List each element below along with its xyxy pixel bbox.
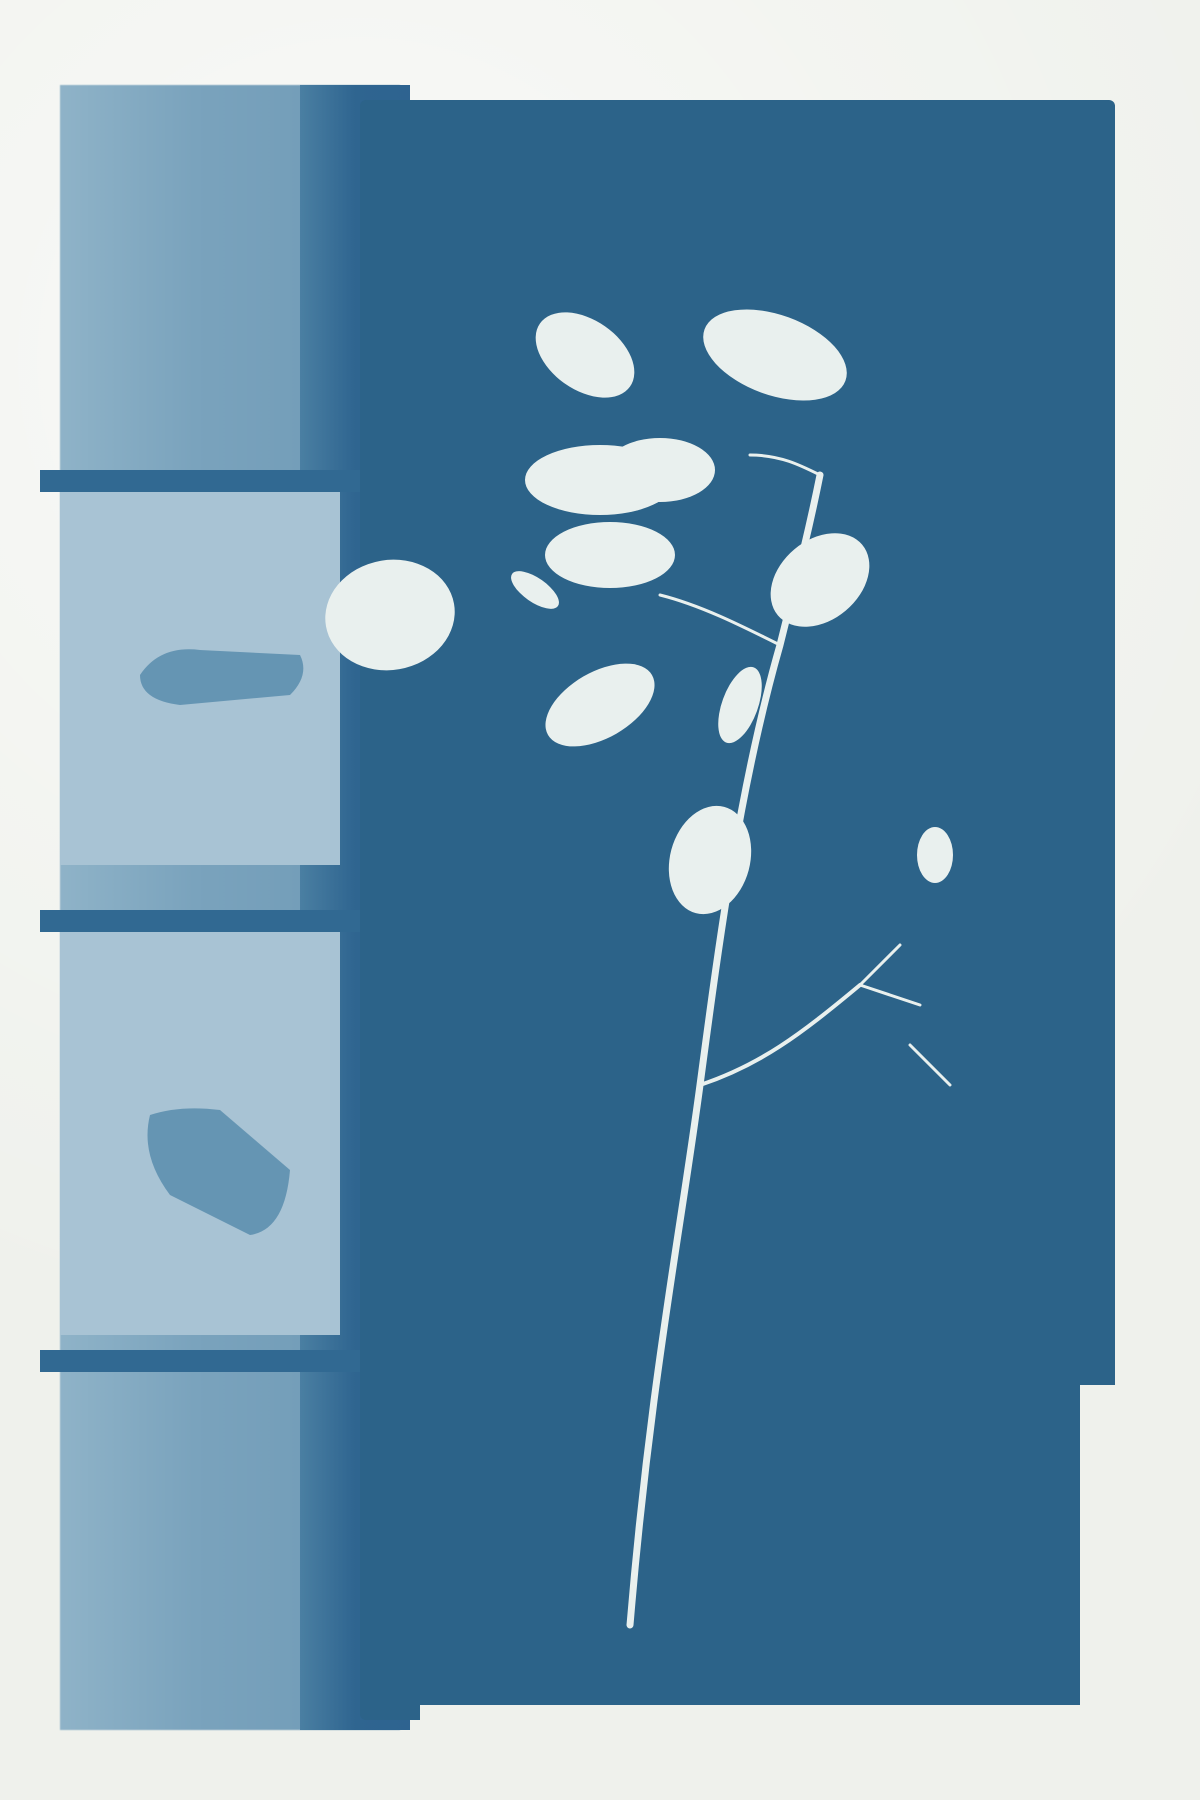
film-figures: [140, 649, 303, 1235]
stem: [630, 455, 950, 1625]
plant-silhouette: [40, 85, 1115, 1730]
cyanotype-print: [40, 85, 1115, 1730]
brush-edge: [420, 1385, 1115, 1730]
leaves: [316, 292, 953, 924]
